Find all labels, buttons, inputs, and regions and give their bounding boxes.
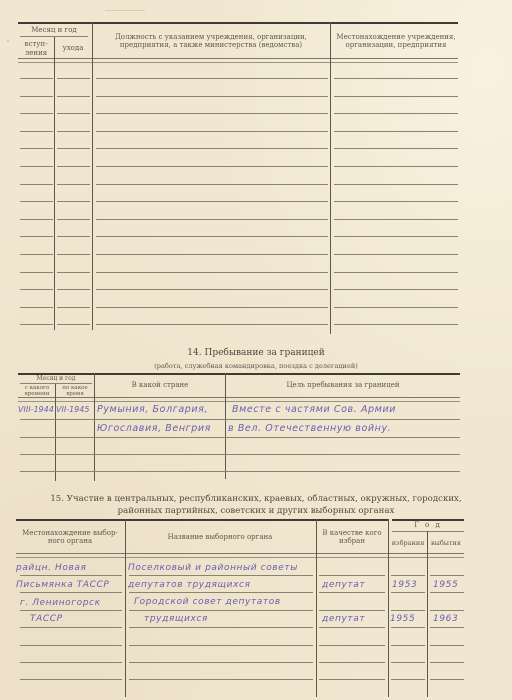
ruled-line <box>20 575 122 576</box>
ruled-line <box>391 575 425 576</box>
ruled-line <box>96 166 328 167</box>
header-left: выбытия <box>428 539 464 548</box>
elected-row2-year-left: 1955 <box>433 580 458 590</box>
ruled-line <box>20 219 53 220</box>
elected-row4-year-left: 1963 <box>433 614 458 624</box>
ruled-line <box>129 575 313 576</box>
ruled-line <box>319 627 385 628</box>
ruled-line <box>96 236 328 237</box>
ruled-line <box>129 679 313 680</box>
ruled-line <box>20 592 122 593</box>
header-capacity-line2: избран <box>316 537 388 546</box>
ruled-line <box>391 645 425 646</box>
ruled-line <box>20 236 53 237</box>
elected-row1-location: райцн. Новая <box>16 563 87 573</box>
header-location-line2: ного органа <box>16 537 124 546</box>
section-14-subtitle: (работа, служебная командировка, поездка… <box>0 362 512 370</box>
ruled-line <box>96 113 328 114</box>
ruled-line <box>319 679 385 680</box>
ruled-line <box>96 254 328 255</box>
ruled-line <box>20 184 53 185</box>
ruled-line <box>57 307 90 308</box>
ruled-line <box>334 236 458 237</box>
ruled-line <box>57 166 90 167</box>
elected-row4-name: трудящихся <box>144 614 208 624</box>
ruled-line <box>96 148 328 149</box>
ruled-line <box>430 627 464 628</box>
ruled-line <box>20 289 53 290</box>
ruled-line <box>96 272 328 273</box>
ruled-line <box>334 324 458 325</box>
ruled-line <box>96 289 328 290</box>
header-month-year: Месяц и год <box>18 26 90 35</box>
ruled-line <box>57 131 90 132</box>
ruled-line <box>20 113 53 114</box>
ruled-line <box>20 201 53 202</box>
header-entry: вступ- ления <box>18 40 54 57</box>
ruled-line <box>319 610 385 611</box>
header-elected: избрания <box>388 539 428 548</box>
ruled-line <box>20 662 122 663</box>
ruled-line <box>129 610 313 611</box>
ruled-line <box>57 272 90 273</box>
ruled-line <box>20 131 53 132</box>
ruled-line <box>129 662 313 663</box>
ruled-line <box>20 645 122 646</box>
ruled-line <box>334 307 458 308</box>
margin-mark: ˇ <box>6 40 10 49</box>
ruled-line <box>334 113 458 114</box>
ruled-line <box>334 166 458 167</box>
ruled-line <box>391 610 425 611</box>
ruled-line <box>57 324 90 325</box>
ruled-line <box>20 627 122 628</box>
form-page: ˇ Месяц и год вступ- ления ухода Должнос… <box>0 0 512 700</box>
ruled-line <box>96 219 328 220</box>
ruled-line <box>20 166 53 167</box>
ruled-line <box>430 592 464 593</box>
ruled-line <box>57 96 90 97</box>
ruled-line <box>319 592 385 593</box>
ruled-line <box>57 113 90 114</box>
section-15-title: 15. Участие в центральных, республиканск… <box>0 494 512 504</box>
ruled-line <box>20 96 53 97</box>
ruled-line <box>334 289 458 290</box>
ruled-line <box>96 324 328 325</box>
abroad-row1-purpose: Вместе с частями Сов. Армии <box>232 404 396 415</box>
section-14-title: 14. Пребывание за границей <box>0 348 512 358</box>
ruled-line <box>57 78 90 79</box>
ruled-line <box>96 78 328 79</box>
ruled-line <box>430 662 464 663</box>
ruled-line <box>57 289 90 290</box>
elected-row3-name: Городской совет депутатов <box>134 597 281 607</box>
ruled-line <box>391 679 425 680</box>
ruled-line <box>96 201 328 202</box>
ruled-line <box>96 131 328 132</box>
ruled-line <box>334 184 458 185</box>
elected-row2-capacity: депутат <box>322 580 365 590</box>
ruled-line <box>319 645 385 646</box>
header-position-line2: предприятия, а также министерства (ведом… <box>94 41 328 50</box>
ruled-line <box>391 627 425 628</box>
ruled-line <box>20 148 53 149</box>
header-to: по какое время <box>56 385 94 397</box>
abroad-row1-from: VIII-1944 <box>18 405 54 414</box>
ruled-line <box>334 254 458 255</box>
ruled-line <box>96 307 328 308</box>
header-year: Г о д <box>392 521 464 530</box>
elected-row2-location: Письмянка ТАССР <box>16 580 109 590</box>
abroad-row1-to: VII-1945 <box>56 405 89 414</box>
ruled-line <box>20 307 53 308</box>
header-leave: ухода <box>56 44 90 53</box>
elected-row1-name: Поселковый и районный советы <box>128 563 298 573</box>
ruled-line <box>430 610 464 611</box>
ruled-line <box>129 592 313 593</box>
ruled-line <box>129 627 313 628</box>
ruled-line <box>57 184 90 185</box>
paper-fold-mark <box>105 0 151 11</box>
abroad-row2-purpose: в Вел. Отечественную войну. <box>228 423 391 434</box>
abroad-row2-country: Югославия, Венгрия <box>97 423 211 434</box>
ruled-line <box>334 201 458 202</box>
ruled-line <box>334 148 458 149</box>
ruled-line <box>57 219 90 220</box>
header-name: Название выборного органа <box>126 533 314 542</box>
elected-row4-year-elected: 1955 <box>390 614 415 624</box>
ruled-line <box>57 236 90 237</box>
elected-row3-location: г. Лениногорск <box>20 598 101 608</box>
ruled-line <box>334 272 458 273</box>
ruled-line <box>430 575 464 576</box>
ruled-line <box>430 645 464 646</box>
elected-row4-capacity: депутат <box>322 614 365 624</box>
ruled-line <box>57 254 90 255</box>
ruled-line <box>319 662 385 663</box>
ruled-line <box>319 575 385 576</box>
header-from: с какого времени <box>18 385 56 397</box>
ruled-line <box>129 645 313 646</box>
ruled-line <box>334 219 458 220</box>
abroad-row1-country: Румыния, Болгария, <box>97 404 208 415</box>
ruled-line <box>334 96 458 97</box>
ruled-line <box>20 610 122 611</box>
elected-row4-location: ТАССР <box>30 614 63 624</box>
ruled-line <box>20 324 53 325</box>
ruled-line <box>57 201 90 202</box>
ruled-line <box>96 96 328 97</box>
ruled-line <box>391 662 425 663</box>
ruled-line <box>430 679 464 680</box>
ruled-line <box>391 592 425 593</box>
ruled-line <box>20 254 53 255</box>
elected-row2-year-elected: 1953 <box>392 580 417 590</box>
elected-row2-name: депутатов трудящихся <box>128 580 251 590</box>
ruled-line <box>20 272 53 273</box>
header-purpose: Цель пребывания за границей <box>226 381 460 390</box>
ruled-line <box>334 78 458 79</box>
ruled-line <box>334 131 458 132</box>
header-location-line2: организации, предприятия <box>334 41 458 50</box>
ruled-line <box>20 679 122 680</box>
ruled-line <box>96 184 328 185</box>
header-country: В какой стране <box>96 381 224 390</box>
ruled-line <box>57 148 90 149</box>
section-15-title-line2: районных партийных, советских и других в… <box>0 506 512 516</box>
ruled-line <box>20 78 53 79</box>
